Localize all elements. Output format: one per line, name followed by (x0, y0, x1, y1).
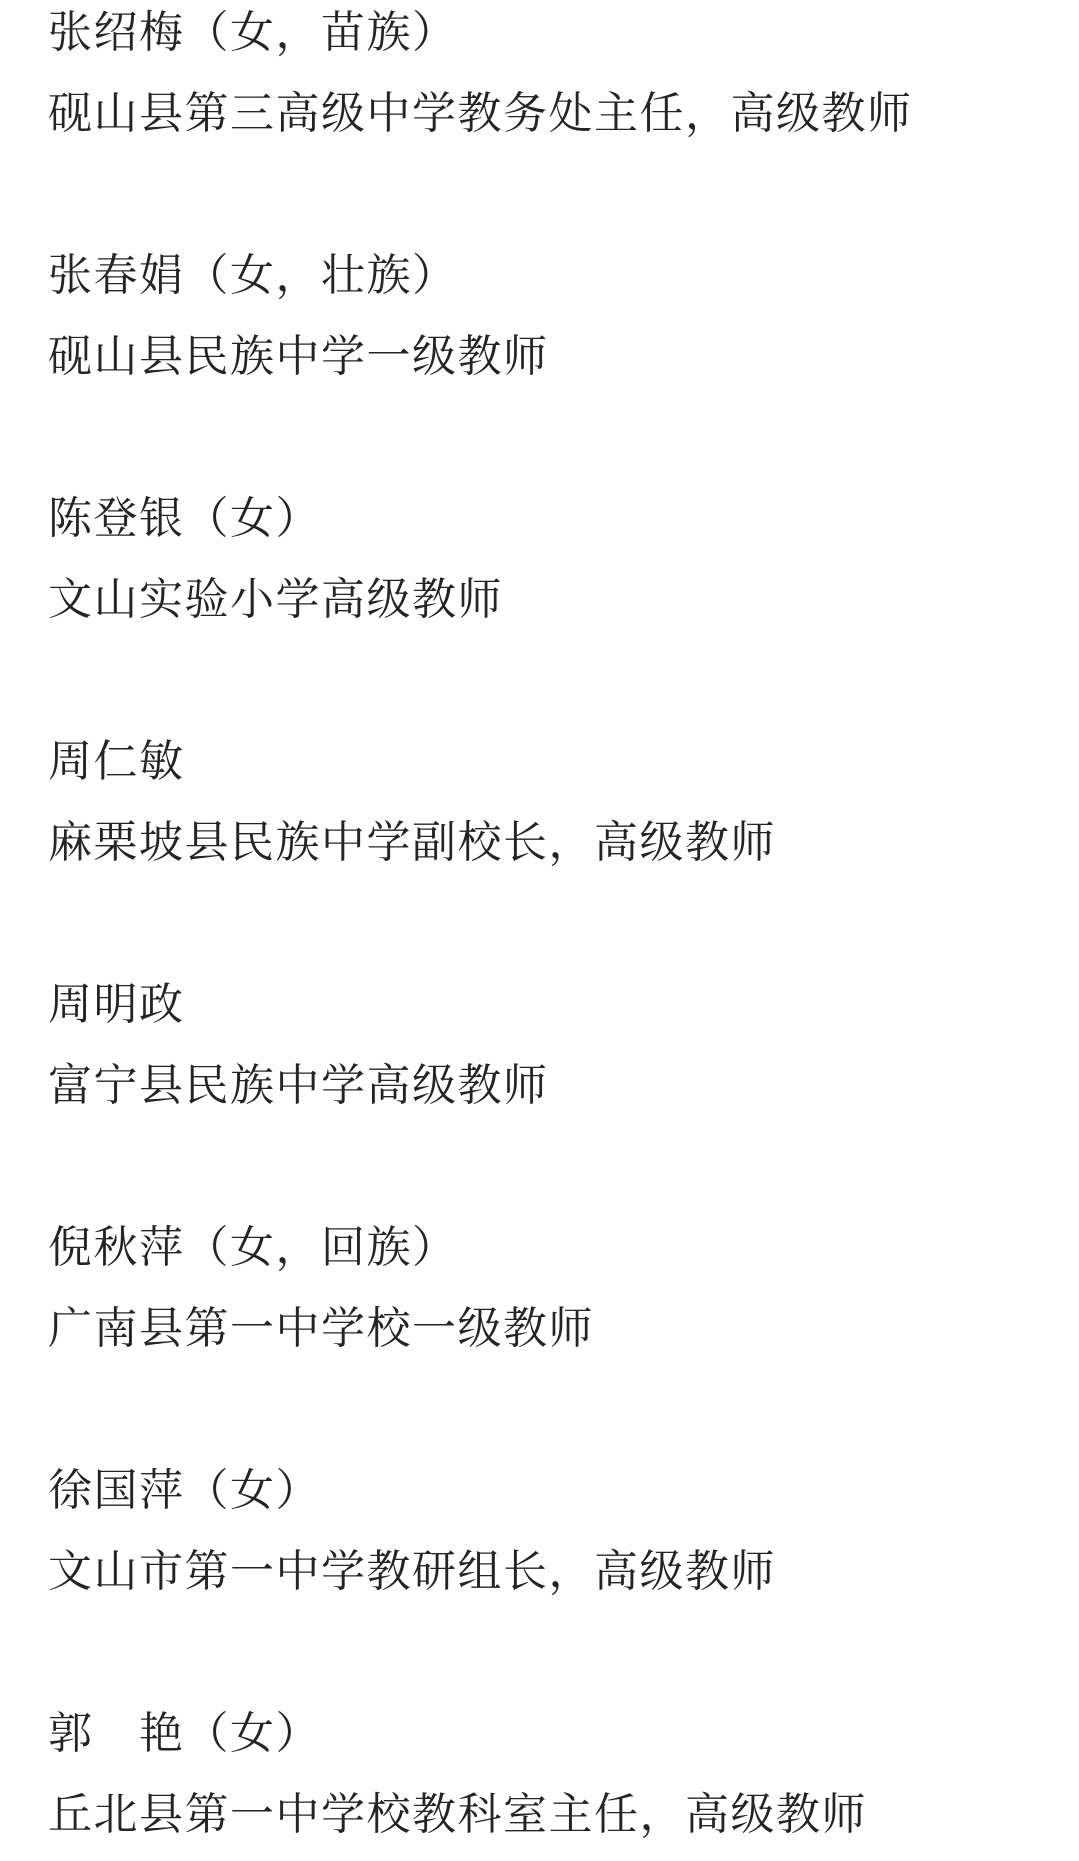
person-name: 倪秋萍（女，回族） (48, 1207, 1049, 1288)
person-title: 丘北县第一中学校教科室主任，高级教师 (48, 1774, 1049, 1855)
person-title: 砚山县第三高级中学教务处主任，高级教师 (48, 73, 1049, 154)
person-name: 徐国萍（女） (48, 1450, 1049, 1531)
list-entry: 郭 艳（女） 丘北县第一中学校教科室主任，高级教师 (48, 1693, 1049, 1855)
list-entry: 徐国萍（女） 文山市第一中学教研组长，高级教师 (48, 1450, 1049, 1612)
person-name: 张春娟（女，壮族） (48, 235, 1049, 316)
list-entry: 周明政 富宁县民族中学高级教师 (48, 964, 1049, 1126)
list-entry: 张绍梅（女，苗族） 砚山县第三高级中学教务处主任，高级教师 (48, 0, 1049, 154)
person-name: 张绍梅（女，苗族） (48, 0, 1049, 73)
person-title: 文山市第一中学教研组长，高级教师 (48, 1531, 1049, 1612)
list-entry: 倪秋萍（女，回族） 广南县第一中学校一级教师 (48, 1207, 1049, 1369)
person-title: 麻栗坡县民族中学副校长，高级教师 (48, 802, 1049, 883)
person-title: 广南县第一中学校一级教师 (48, 1288, 1049, 1369)
person-name: 郭 艳（女） (48, 1693, 1049, 1774)
list-entry: 陈登银（女） 文山实验小学高级教师 (48, 478, 1049, 640)
teacher-honor-list-document: 张绍梅（女，苗族） 砚山县第三高级中学教务处主任，高级教师 张春娟（女，壮族） … (0, 0, 1079, 1853)
person-name: 周明政 (48, 964, 1049, 1045)
person-title: 文山实验小学高级教师 (48, 559, 1049, 640)
person-title: 富宁县民族中学高级教师 (48, 1045, 1049, 1126)
list-entry: 张春娟（女，壮族） 砚山县民族中学一级教师 (48, 235, 1049, 397)
person-name: 周仁敏 (48, 721, 1049, 802)
person-title: 砚山县民族中学一级教师 (48, 316, 1049, 397)
list-entry: 周仁敏 麻栗坡县民族中学副校长，高级教师 (48, 721, 1049, 883)
person-name: 陈登银（女） (48, 478, 1049, 559)
